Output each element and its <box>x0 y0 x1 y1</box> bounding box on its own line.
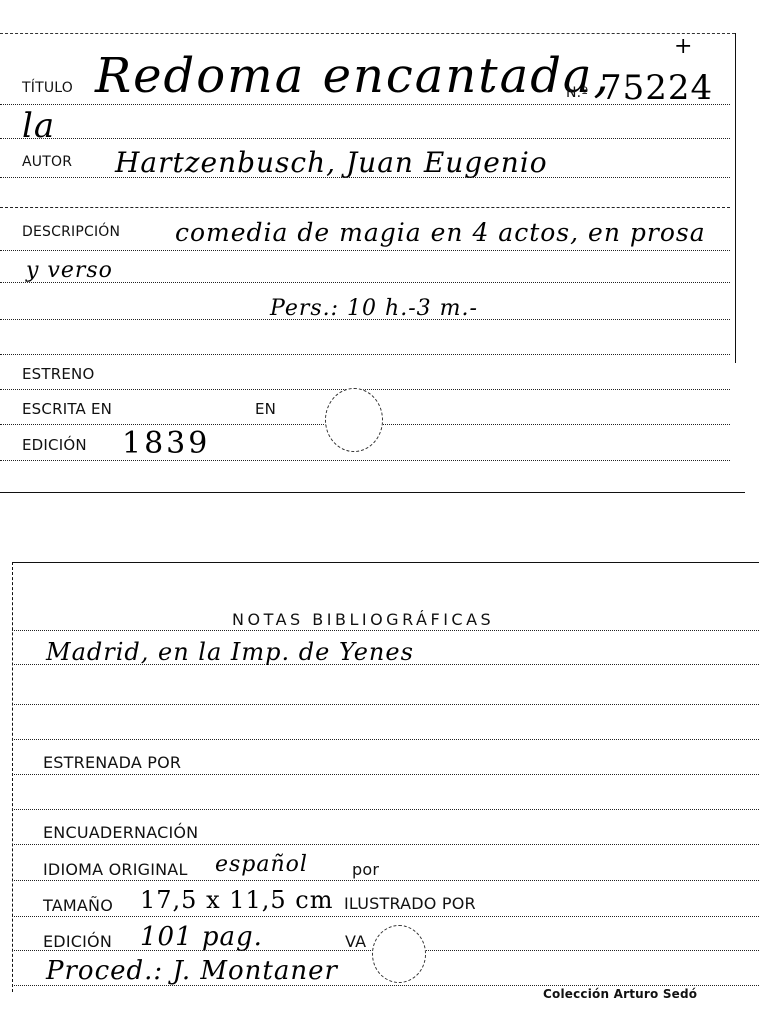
descripcion-value-cont[interactable]: y verso <box>26 258 113 283</box>
estrenada-por-label: ESTRENADA POR <box>43 753 181 772</box>
descripcion-cont-line <box>0 282 730 283</box>
blank-line-bottom <box>12 809 759 810</box>
descripcion-label: DESCRIPCIÓN <box>22 224 120 240</box>
descripcion-top-line <box>0 207 730 208</box>
encuadernacion-label: ENCUADERNACIÓN <box>43 823 198 842</box>
tamano-line <box>12 916 759 917</box>
edicion-bottom-value[interactable]: 101 pag. <box>140 922 263 952</box>
por-label: por <box>352 860 379 879</box>
bottom-card-top-border <box>12 562 759 563</box>
personajes-line <box>0 319 730 320</box>
estreno-label: ESTRENO <box>22 365 95 383</box>
edicion-value[interactable]: 1839 <box>122 426 210 461</box>
punch-hole-bottom <box>372 925 426 983</box>
number-label: N.º <box>566 85 588 101</box>
notas-line-1 <box>12 630 759 631</box>
autor-label: AUTOR <box>22 154 72 170</box>
bottom-card-left-border <box>12 562 13 992</box>
notas-line-2 <box>12 664 759 665</box>
titulo-value-cont[interactable]: la <box>22 106 55 146</box>
catalog-card-top: TÍTULO Redoma encantada, N.º 75224 + la … <box>0 0 759 500</box>
personajes-value[interactable]: Pers.: 10 h.-3 m.- <box>270 296 478 321</box>
top-card-right-border <box>735 33 736 363</box>
escrita-en-label: ESCRITA EN <box>22 400 112 418</box>
tamano-label: TAMAÑO <box>43 896 113 915</box>
top-card-top-border <box>0 33 735 34</box>
titulo-cont-line <box>0 138 730 139</box>
catalog-card-bottom: NOTAS BIBLIOGRÁFICAS Madrid, en la Imp. … <box>0 560 759 1028</box>
notas-value-1[interactable]: Madrid, en la Imp. de Yenes <box>46 638 414 666</box>
idioma-label: IDIOMA ORIGINAL <box>43 860 188 879</box>
titulo-value[interactable]: Redoma encantada, <box>95 48 611 104</box>
number-mark: + <box>674 34 693 59</box>
collection-footer: Colección Arturo Sedó <box>543 987 697 1001</box>
notas-heading: NOTAS BIBLIOGRÁFICAS <box>232 610 494 629</box>
top-card-bottom-border <box>0 492 745 493</box>
estrenada-por-line <box>12 774 759 775</box>
edicion-bottom-label: EDICIÓN <box>43 932 112 951</box>
punch-hole-top <box>325 388 383 452</box>
titulo-label: TÍTULO <box>22 80 73 96</box>
proced-value[interactable]: Proced.: J. Montaner <box>46 956 338 986</box>
descripcion-value[interactable]: comedia de magia en 4 actos, en prosa <box>175 218 706 247</box>
va-label: VA <box>345 932 366 951</box>
notas-line-4 <box>12 739 759 740</box>
descripcion-line <box>0 250 730 251</box>
number-value[interactable]: 75224 <box>600 68 713 108</box>
ilustrado-label: ILUSTRADO POR <box>344 894 476 913</box>
en-label: EN <box>255 400 276 418</box>
encuadernacion-line <box>12 844 759 845</box>
notas-line-3 <box>12 704 759 705</box>
autor-line <box>0 177 730 178</box>
blank-line <box>0 354 730 355</box>
autor-value[interactable]: Hartzenbusch, Juan Eugenio <box>115 146 548 179</box>
titulo-line <box>0 104 730 105</box>
tamano-value[interactable]: 17,5 x 11,5 cm <box>140 886 334 914</box>
edicion-label: EDICIÓN <box>22 436 87 454</box>
proced-line <box>12 985 759 986</box>
idioma-value[interactable]: español <box>215 852 308 877</box>
idioma-line <box>12 880 759 881</box>
edicion-line <box>0 460 730 461</box>
